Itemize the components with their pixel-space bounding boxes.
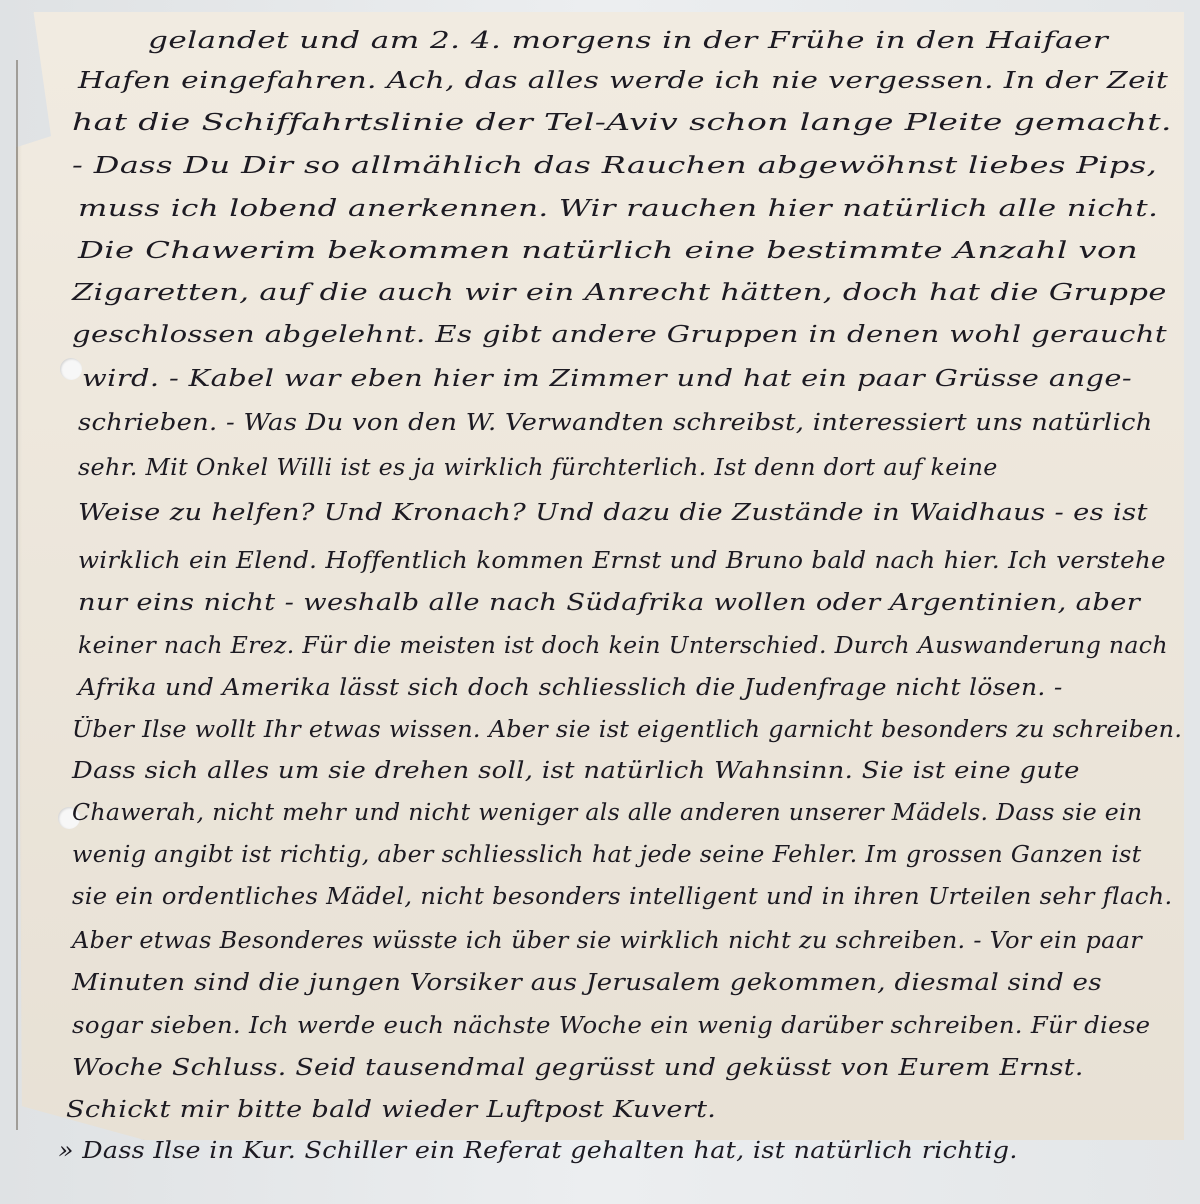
page-edge-shadow [16, 60, 18, 1130]
handwritten-line: geschlossen abgelehnt. Es gibt andere Gr… [72, 322, 1167, 348]
handwritten-line: Dass sich alles um sie drehen soll, ist … [72, 758, 1080, 784]
handwritten-line: wirklich ein Elend. Hoffentlich kommen E… [78, 548, 1166, 574]
handwritten-line: Über Ilse wollt Ihr etwas wissen. Aber s… [72, 717, 1182, 743]
handwritten-line: wird. - Kabel war eben hier im Zimmer un… [82, 366, 1132, 392]
handwritten-line: Woche Schluss. Seid tausendmal gegrüsst … [72, 1055, 1084, 1081]
handwritten-line: Die Chawerim bekommen natürlich eine bes… [78, 238, 1138, 264]
handwritten-line: Zigaretten, auf die auch wir ein Anrecht… [72, 280, 1167, 306]
handwritten-line: sogar sieben. Ich werde euch nächste Woc… [72, 1013, 1150, 1039]
handwritten-line: » Dass Ilse in Kur. Schiller ein Referat… [58, 1138, 1018, 1164]
handwritten-line: nur eins nicht - weshalb alle nach Südaf… [78, 590, 1140, 616]
handwritten-line: gelandet und am 2. 4. morgens in der Frü… [148, 28, 1108, 54]
handwritten-line: Afrika und Amerika lässt sich doch schli… [78, 675, 1063, 701]
handwritten-line: Aber etwas Besonderes wüsste ich über si… [72, 928, 1142, 954]
handwritten-line: Schickt mir bitte bald wieder Luftpost K… [66, 1097, 716, 1123]
handwritten-line: muss ich lobend anerkennen. Wir rauchen … [78, 196, 1158, 222]
handwritten-line: sehr. Mit Onkel Willi ist es ja wirklich… [78, 455, 998, 481]
handwritten-line: Minuten sind die jungen Vorsiker aus Jer… [72, 970, 1102, 996]
handwritten-line: sie ein ordentliches Mädel, nicht besond… [72, 884, 1173, 910]
handwritten-line: hat die Schiffahrtslinie der Tel-Aviv sc… [72, 110, 1172, 136]
handwritten-line: Chawerah, nicht mehr und nicht weniger a… [72, 800, 1142, 826]
handwritten-line: Weise zu helfen? Und Kronach? Und dazu d… [78, 500, 1148, 526]
handwritten-line: schrieben. - Was Du von den W. Verwandte… [78, 410, 1153, 436]
handwritten-line: wenig angibt ist richtig, aber schliessl… [72, 842, 1142, 868]
handwritten-line: keiner nach Erez. Für die meisten ist do… [78, 633, 1168, 659]
punch-hole-top [60, 358, 82, 380]
handwritten-line: Hafen eingefahren. Ach, das alles werde … [78, 68, 1168, 94]
handwritten-line: - Dass Du Dir so allmählich das Rauchen … [72, 153, 1157, 179]
